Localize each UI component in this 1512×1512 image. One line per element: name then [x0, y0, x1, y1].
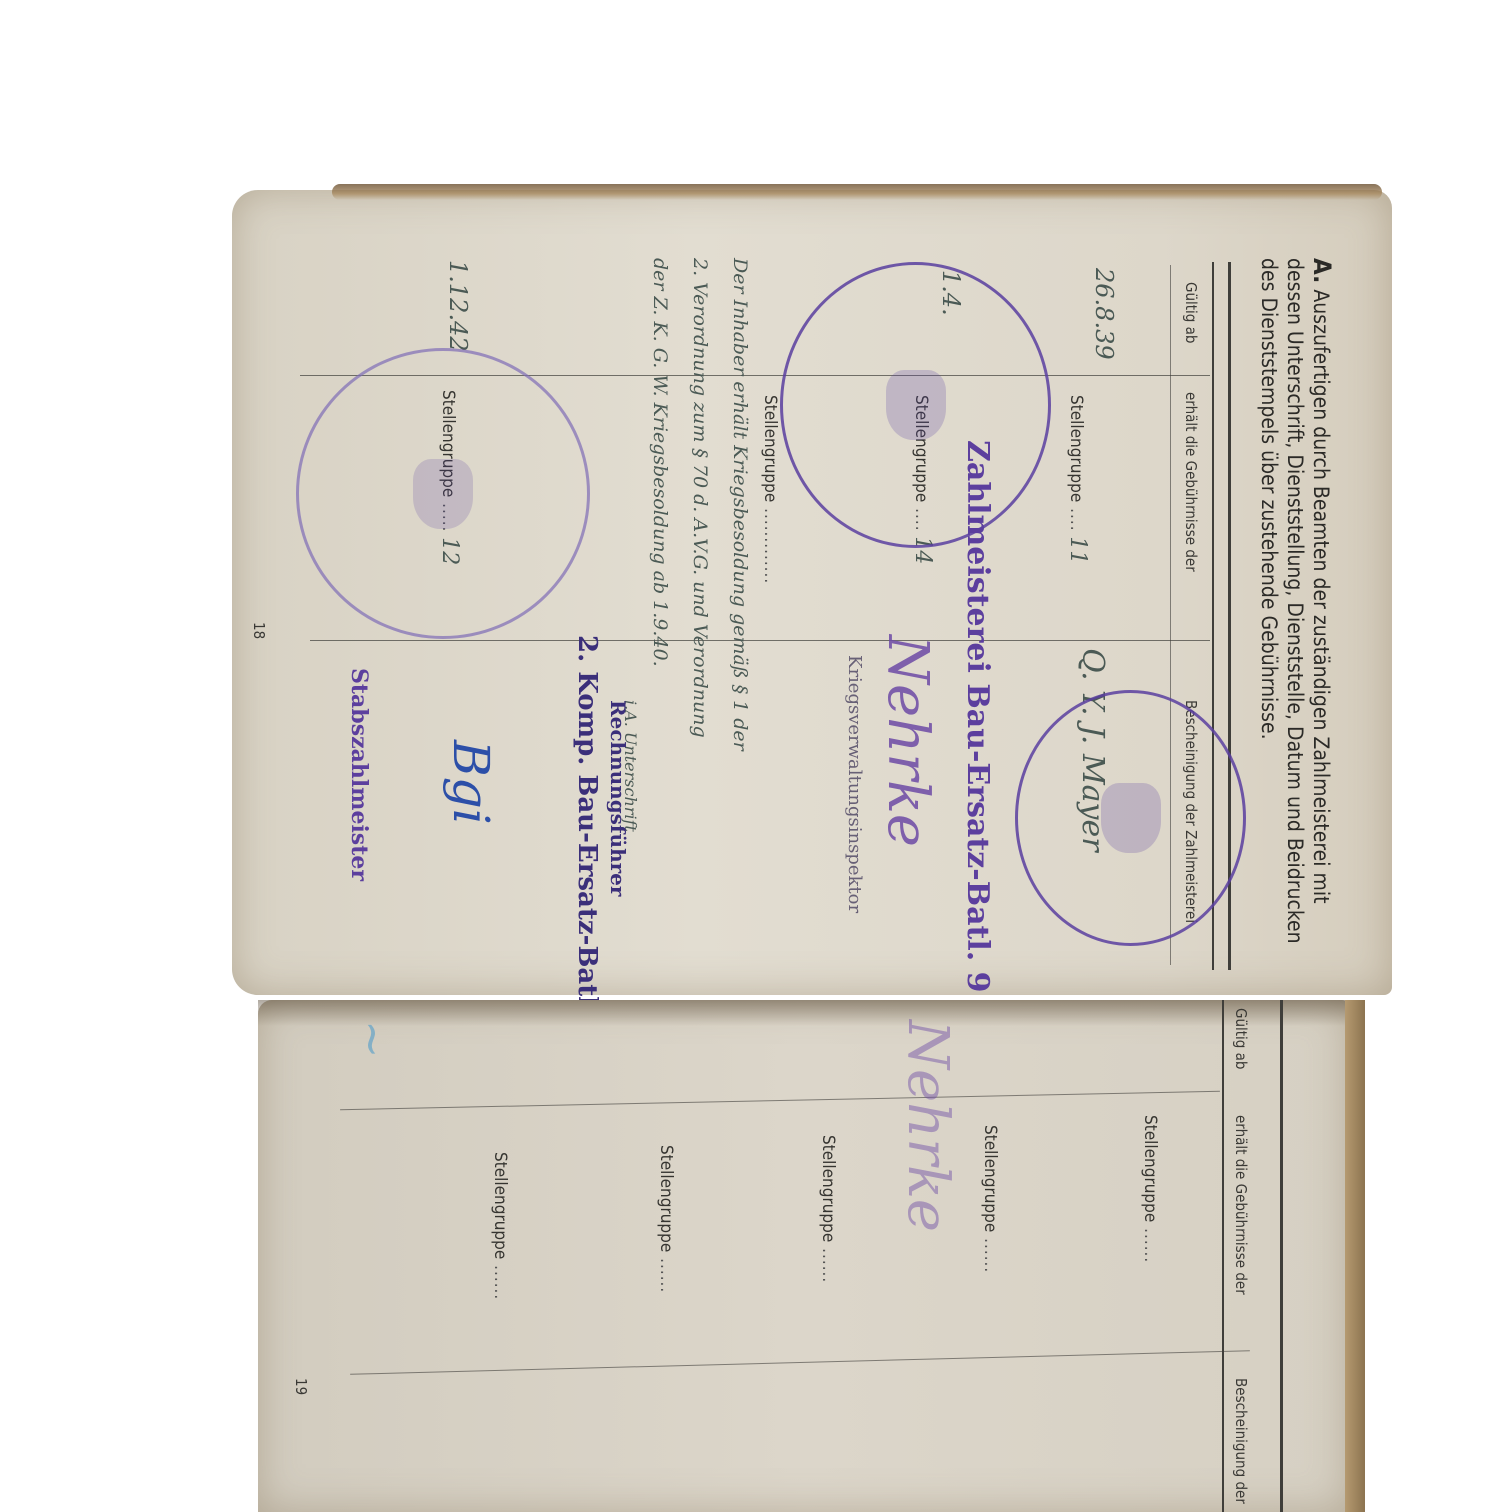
fold-shadow — [258, 1000, 1348, 1026]
column-header-valid-from: Gültig ab — [1182, 282, 1200, 344]
column-header-receives: erhält die Gebührnisse der — [1182, 392, 1200, 572]
entry-2-title-stamp: Kriegsverwaltungsinspektor — [844, 655, 865, 913]
entry-3-title-stamp: Rechnungsführer — [606, 700, 630, 896]
entry-3-field: Stellengruppe ............. — [760, 395, 780, 584]
entry-3-handwritten-note: Der Inhaber erhält Kriegsbesoldung gemäß… — [640, 258, 760, 751]
instruction-line-1: A. Auszufertigen durch Beamten der zustä… — [1308, 258, 1335, 944]
page-19 — [258, 1000, 1348, 1512]
entry-1-valid-from: 26.8.39 — [1090, 268, 1118, 360]
entry-1-official-seal — [1015, 690, 1246, 946]
eagle-emblem-icon — [1101, 783, 1161, 853]
entry-2-unit-stamp: Zahlmeisterei Bau-Ersatz-Batl. 9 — [960, 440, 995, 993]
p19-entry-3-field: Stellengruppe ...... — [818, 1135, 838, 1283]
entry-4-valid-from: 1.12.42 — [444, 260, 472, 352]
p19-column-header-certification: Bescheinigung der — [1232, 1378, 1250, 1504]
p19-entry-4-field: Stellengruppe ...... — [656, 1145, 676, 1293]
page-number-19: 19 — [292, 1378, 310, 1395]
entry-4-signature: Bgi — [442, 740, 500, 825]
instruction-line-2: dessen Unterschrift, Dienststellung, Die… — [1282, 258, 1308, 944]
instruction-block: A. Auszufertigen durch Beamten der zustä… — [1256, 258, 1335, 944]
eagle-emblem-icon — [886, 370, 946, 440]
instruction-line-3: des Dienststempels über zustehende Gebüh… — [1256, 258, 1282, 944]
p19-entry-5-field: Stellengruppe ...... — [490, 1152, 510, 1300]
entry-2-signature: Nehrke — [875, 635, 940, 847]
p19-double-rule-inner — [1222, 1000, 1224, 1512]
entry-1-group-value: 11 — [1065, 536, 1090, 564]
booklet-spine — [1345, 1000, 1365, 1512]
p19-entry-1-field: Stellengruppe ...... — [1140, 1115, 1160, 1263]
p19-double-rule-outer — [1280, 1000, 1283, 1512]
entry-3-unit-stamp: 2. Komp. Bau-Ersatz-Batl. 9 — [572, 635, 602, 1042]
p19-entry-2-field: Stellengruppe ...... — [980, 1125, 1000, 1273]
divider-2 — [310, 640, 1210, 641]
worn-edge — [332, 184, 1382, 200]
p19-column-header-receives: erhält die Gebührnisse der — [1232, 1115, 1250, 1295]
entry-4-official-seal — [296, 348, 590, 639]
eagle-emblem-icon — [413, 459, 473, 529]
page-number-18: 18 — [250, 622, 268, 639]
ink-offset-signature: Nehrke — [895, 1020, 960, 1232]
entry-2-official-seal — [780, 262, 1051, 548]
entry-4-title-stamp: Stabszahlmeister — [346, 668, 372, 881]
entry-1-field: Stellengruppe .... 11 — [1065, 395, 1090, 564]
p19-column-header-valid-from: Gültig ab — [1232, 1008, 1250, 1070]
ink-offset-blue-1: ~ — [346, 1020, 400, 1059]
